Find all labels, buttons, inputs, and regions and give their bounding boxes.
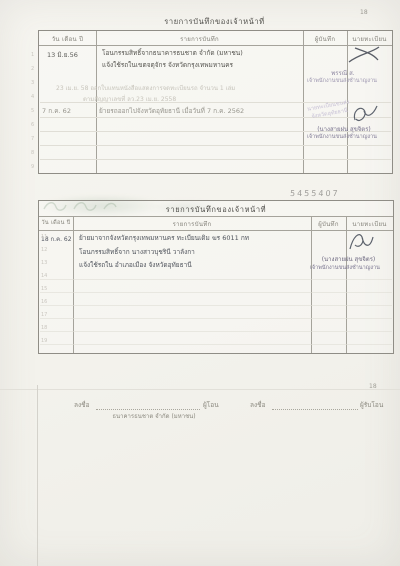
officer-record-table-2: รายการบันทึกของเจ้าหน้าที่ วัน เดือน ปี … (38, 200, 394, 354)
registrar-title: เจ้าพนักงานขนส่งชำนาญงาน (288, 133, 396, 141)
margin-number: 19 (41, 338, 47, 344)
binding-margin-line (37, 385, 38, 566)
margin-number: 2 (31, 66, 34, 72)
table1-row1-date: 13 มิ.ย.56 (47, 50, 78, 60)
role-transferee: ผู้รับโอน (360, 400, 383, 410)
table2-row-rule (40, 279, 392, 280)
table2-row-rule (40, 305, 392, 306)
table1-col-registrar: นายทะเบียน (347, 34, 392, 44)
margin-number: 12 (41, 247, 47, 253)
table1-col-record: รายการบันทึก (96, 34, 303, 44)
table2-row-rule (40, 292, 392, 293)
table1-col-recorder: ผู้บันทึก (303, 34, 347, 44)
table2-col-record: รายการบันทึก (73, 219, 311, 229)
table2-row1-line1: ย้ายมาจากจังหวัดกรุงเทพมหานคร ทะเบียนเดิ… (79, 233, 249, 243)
page-number-bottom: 18 (369, 383, 377, 390)
table2-col-recorder: ผู้บันทึก (311, 219, 346, 229)
registrar-signature-icon (345, 44, 383, 66)
margin-number: 13 (41, 260, 47, 266)
table1-row2-line1: ย้ายรถออกไปจังหวัดอุทัยธานี เมื่อวันที่ … (99, 106, 244, 116)
margin-number: 7 (31, 136, 34, 142)
table2-title: รายการบันทึกของเจ้าหน้าที่ (39, 204, 393, 216)
table1-row-rule (40, 117, 391, 118)
transferor-printed-name: ธนาคารธนชาต จำกัด (มหาชน) (98, 411, 210, 421)
sign-label-transferee: ลงชื่อ (250, 400, 265, 410)
margin-number: 16 (41, 299, 47, 305)
table1-row-rule (40, 159, 391, 160)
recorder-stamp-title: เจ้าพนักงานขนส่งชำนาญงาน (290, 77, 394, 85)
footer-rule (0, 389, 400, 390)
serial-number-stamp: 5455407 (290, 189, 340, 198)
margin-number: 6 (31, 122, 34, 128)
table1-col-date: วัน เดือน ปี (39, 34, 96, 44)
margin-number: 1 (31, 52, 34, 58)
table2-divider-date (73, 216, 74, 353)
registrar-signature-icon (346, 229, 376, 255)
margin-number: 8 (31, 150, 34, 156)
table1-faded-line1: 23 เม.ย. 58 ออกใบแทนหนังสือแสดงการจดทะเบ… (56, 83, 235, 93)
table1-row-rule (40, 145, 391, 146)
margin-number: 15 (41, 286, 47, 292)
registrar-title-2: เจ้าพนักงานขนส่งชำนาญงาน (297, 264, 393, 272)
table1-header-rule (39, 45, 392, 46)
table2-row1-line2: โอนกรรมสิทธิ์จาก นางสาวบุชรินี วาลังกา (79, 247, 195, 257)
margin-number: 18 (41, 325, 47, 331)
margin-number: 3 (31, 80, 34, 86)
margin-number: 9 (31, 164, 34, 170)
table2-col-registrar: นายทะเบียน (346, 219, 393, 229)
table2-divider-record (311, 216, 312, 353)
registrar-name-2: (นางสายฝน สุขจิตร) (304, 254, 393, 264)
page-number-top: 18 (360, 9, 368, 16)
table2-row-rule (40, 344, 392, 345)
margin-number: 17 (41, 312, 47, 318)
table1-row1-line1: โอนกรรมสิทธิ์จากธนาคารธนชาต จำกัด (มหาชน… (102, 48, 243, 58)
table2-col-date: วัน เดือน ปี (39, 219, 73, 227)
role-transferor: ผู้โอน (203, 400, 219, 410)
table1-row2-date: 7 ก.ค. 62 (42, 106, 71, 116)
table2-header-rule (39, 230, 393, 231)
table1-title: รายการบันทึกของเจ้าหน้าที่ (38, 16, 391, 28)
scanned-vehicle-registration-record-page: 18 รายการบันทึกของเจ้าหน้าที่ วัน เดือน … (0, 0, 400, 566)
transferee-signature-line (272, 408, 358, 410)
table2-row1-line3: แจ้งใช้รถใน อำเภอเมือง จังหวัดอุทัยธานี (79, 260, 192, 270)
table2-row-rule (40, 331, 392, 332)
margin-number: 4 (31, 94, 34, 100)
margin-number: 11 (41, 234, 47, 240)
table2-row-rule (40, 318, 392, 319)
margin-number: 14 (41, 273, 47, 279)
margin-number: 5 (31, 108, 34, 114)
table1-row1-line2: แจ้งใช้รถในเขตจตุจักร จังหวัดกรุงเทพมหาน… (102, 60, 233, 70)
sign-label-transferor: ลงชื่อ (74, 400, 89, 410)
transferor-signature-line (96, 408, 200, 410)
table2-title-rule (39, 216, 393, 217)
